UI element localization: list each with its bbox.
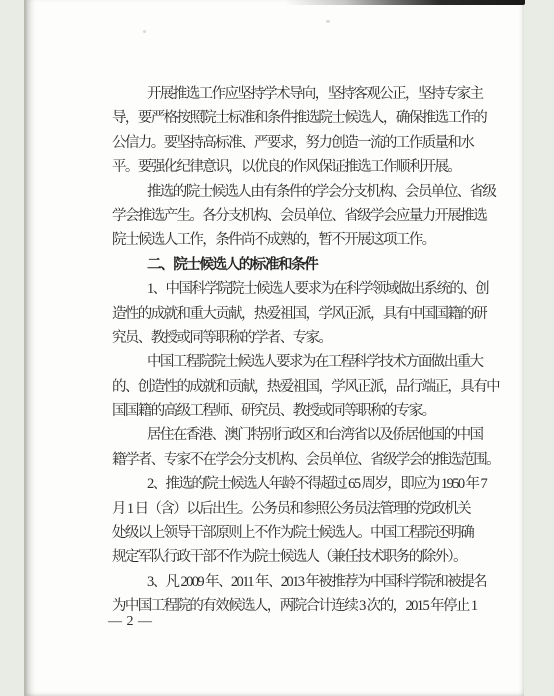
scan-speck <box>326 20 330 23</box>
text-line: 推选的院士候选人由有条件的学会分支机构、会员单位、省级 <box>112 180 498 204</box>
scanned-document: 开展推选工作应坚持学术导向，坚持客观公正，坚持专家主 导，要严格按照院士标准和条… <box>0 0 554 696</box>
document-page: 开展推选工作应坚持学术导向，坚持客观公正，坚持专家主 导，要严格按照院士标准和条… <box>24 0 524 696</box>
scan-speck <box>143 30 146 33</box>
text-line: 籍学者、专家不在学会分支机构、会员单位、省级学会的推选范围。 <box>112 448 498 472</box>
text-line: 学会推选产生。各分支机构、会员单位、省级学会应量力开展推选 <box>112 204 498 228</box>
text-line: 1、中国科学院院士候选人要求为在科学领域做出系统的、创 <box>112 277 498 301</box>
text-line: 居住在香港、澳门特别行政区和台湾省以及侨居他国的中国 <box>112 423 498 447</box>
text-line: 导，要严格按照院士标准和条件推选院士候选人，确保推选工作的 <box>112 106 498 130</box>
text-line: 为中国工程院的有效候选人，两院合计连续 3 次的，2015 年停止 1 <box>112 594 498 618</box>
text-line: 国国籍的高级工程师、研究员、教授或同等职称的专家。 <box>112 399 498 423</box>
text-line: 究员、教授或同等职称的学者、专家。 <box>112 326 498 350</box>
text-line: 公信力。要坚持高标准、严要求，努力创造一流的工作质量和水 <box>112 131 498 155</box>
text-line: 月 1 日（含）以后出生。公务员和参照公务员法管理的党政机关 <box>112 497 498 521</box>
text-line: 规定军队行政干部不作为院士候选人（兼任技术职务的除外）。 <box>112 545 498 569</box>
scan-artifact-top-edge <box>285 0 525 5</box>
text-line: 中国工程院院士候选人要求为在工程科学技术方面做出重大 <box>112 350 498 374</box>
text-line: 2、推选的院士候选人年龄不得超过 65 周岁，即应为 1950 年 7 <box>112 472 498 496</box>
document-body: 开展推选工作应坚持学术导向，坚持客观公正，坚持专家主 导，要严格按照院士标准和条… <box>112 82 498 619</box>
page-number: — 2 — <box>108 614 153 630</box>
section-heading: 二、院士候选人的标准和条件 <box>112 253 498 277</box>
text-line: 3、凡 2009 年、2011 年、2013 年被推荐为中国科学院和被提名 <box>112 570 498 594</box>
text-line: 处级以上领导干部原则上不作为院士候选人。中国工程院还明确 <box>112 521 498 545</box>
text-line: 造性的成就和重大贡献，热爱祖国，学风正派，具有中国国籍的研 <box>112 302 498 326</box>
text-line: 平。要强化纪律意识，以优良的作风保证推选工作顺利开展。 <box>112 155 498 179</box>
text-line: 的、创造性的成就和贡献，热爱祖国，学风正派，品行端正，具有中 <box>112 375 498 399</box>
text-line: 开展推选工作应坚持学术导向，坚持客观公正，坚持专家主 <box>112 82 498 106</box>
text-line: 院士候选人工作，条件尚不成熟的，暂不开展这项工作。 <box>112 228 498 252</box>
